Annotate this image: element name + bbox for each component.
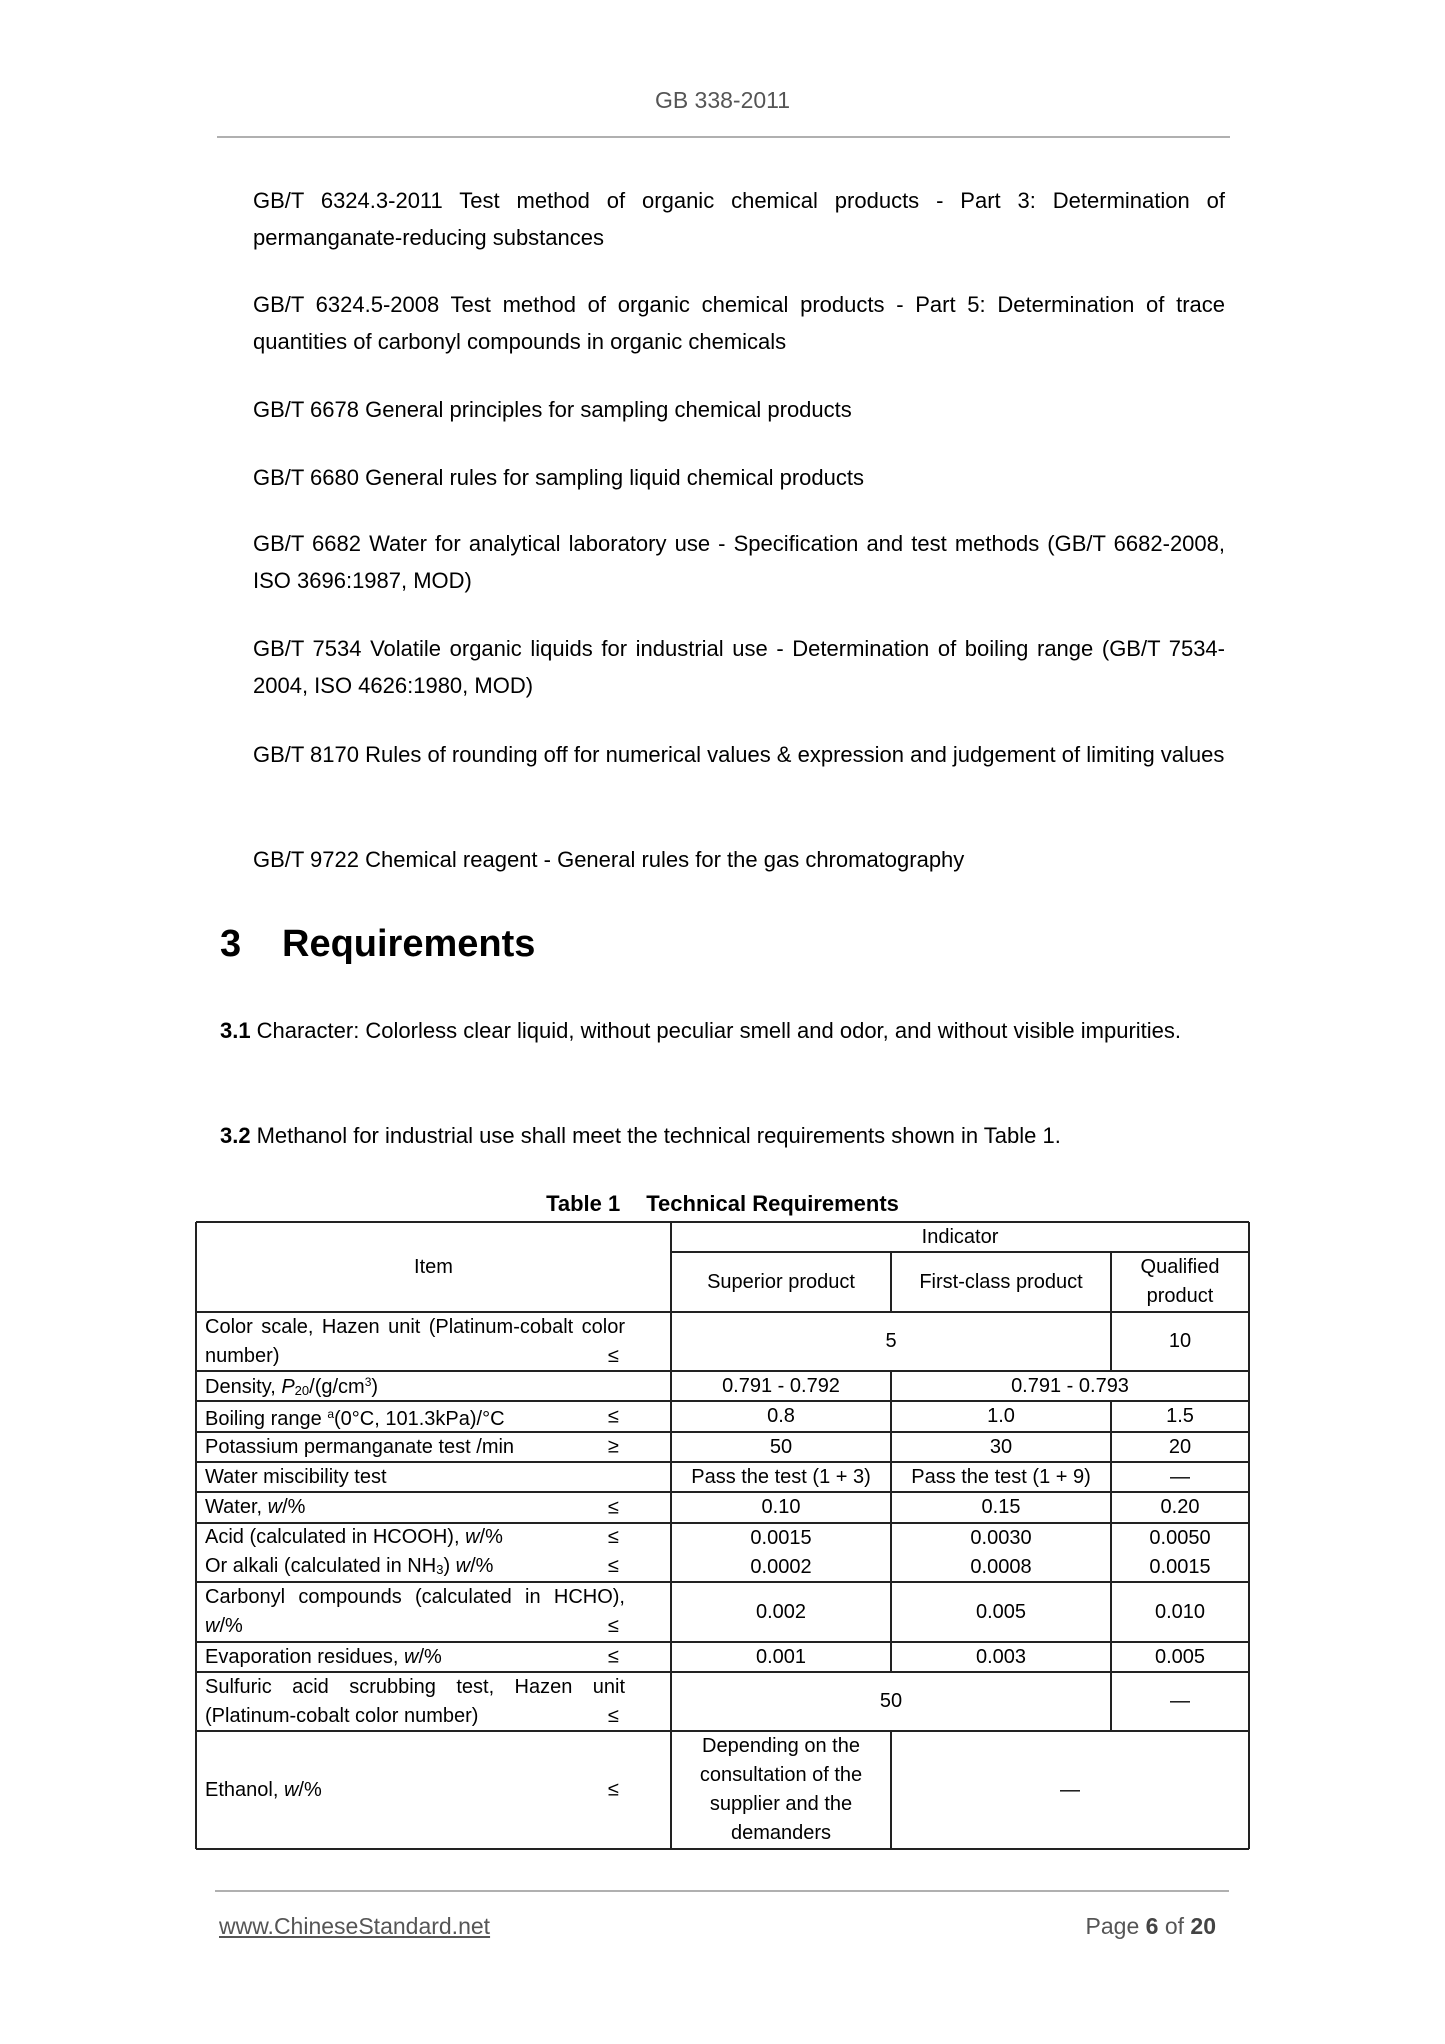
table-rule — [196, 1431, 1249, 1433]
table-number: Table 1 — [546, 1191, 620, 1216]
row-miscibility-first-class: Pass the test (1 + 9) — [891, 1462, 1111, 1492]
row-kmno4-first-class: 30 — [891, 1432, 1111, 1462]
table-rule — [196, 1522, 1249, 1524]
table-rule — [671, 1251, 1249, 1253]
row-density-item: Density, P20/(g/cm3) — [196, 1371, 671, 1401]
row-miscibility-item: Water miscibility test — [196, 1462, 671, 1492]
table-title: Technical Requirements — [646, 1191, 899, 1216]
row-evaporation-first-class: 0.003 — [891, 1642, 1111, 1672]
table-rule — [196, 1311, 1249, 1313]
clause-3-2: 3.2Methanol for industrial use shall mee… — [220, 1116, 1225, 1155]
relation-symbol: ≤ — [608, 1776, 619, 1805]
current-page: 6 — [1146, 1913, 1159, 1939]
relation-symbol: ≤ — [608, 1612, 619, 1641]
row-carbonyl-qualified: 0.010 — [1111, 1582, 1249, 1642]
page-indicator: Page 6 of 20 — [1000, 1912, 1216, 1940]
table-border — [196, 1221, 1249, 1223]
reference-item: GB/T 6678 General principles for samplin… — [253, 391, 1225, 428]
table-rule — [890, 1252, 892, 1312]
table-rule — [196, 1491, 1249, 1493]
clause-text: Methanol for industrial use shall meet t… — [257, 1123, 1061, 1148]
table-rule — [670, 1222, 672, 1849]
running-header: GB 338-2011 — [0, 86, 1445, 114]
section-title: Requirements — [282, 923, 535, 965]
row-acid-alkali-qualified: 0.00500.0015 — [1111, 1523, 1249, 1582]
reference-item: GB/T 6680 General rules for sampling liq… — [253, 459, 1225, 496]
row-density-superior: 0.791 - 0.792 — [671, 1371, 891, 1401]
row-water-item: Water, w/% ≤ — [196, 1492, 671, 1523]
row-carbonyl-superior: 0.002 — [671, 1582, 891, 1642]
reference-item: GB/T 6324.5-2008 Test method of organic … — [253, 286, 1225, 360]
row-sulfuric-qualified: — — [1111, 1672, 1249, 1731]
row-ethanol-superior: Depending on the consultation of the sup… — [671, 1731, 891, 1849]
row-density-first-qualified: 0.791 - 0.793 — [891, 1371, 1249, 1401]
row-sulfuric-item: Sulfuric acid scrubbing test, Hazen unit… — [196, 1672, 671, 1731]
table-rule — [196, 1730, 1249, 1732]
row-water-first-class: 0.15 — [891, 1492, 1111, 1523]
table-rule — [196, 1400, 1249, 1402]
row-acid-alkali-superior: 0.00150.0002 — [671, 1523, 891, 1582]
total-pages: 20 — [1190, 1913, 1216, 1939]
row-water-superior: 0.10 — [671, 1492, 891, 1523]
row-color-qualified: 10 — [1111, 1312, 1249, 1371]
row-sulfuric-superior-first: 50 — [671, 1672, 1111, 1731]
row-color-item: Color scale, Hazen unit (Platinum-cobalt… — [196, 1312, 671, 1371]
row-kmno4-item: Potassium permanganate test /min ≥ — [196, 1432, 671, 1462]
relation-symbol: ≤ — [608, 1643, 619, 1672]
clause-number: 3.2 — [220, 1123, 251, 1148]
footer-divider — [215, 1890, 1229, 1892]
row-evaporation-superior: 0.001 — [671, 1642, 891, 1672]
relation-symbol: ≤ — [608, 1402, 619, 1431]
row-kmno4-qualified: 20 — [1111, 1432, 1249, 1462]
table-caption: Table 1Technical Requirements — [196, 1190, 1249, 1218]
row-boiling-item: Boiling range a(0°C, 101.3kPa)/°C ≤ — [196, 1401, 671, 1432]
table-rule — [890, 1371, 892, 1672]
relation-symbol: ≤ — [608, 1552, 619, 1581]
row-color-superior-first: 5 — [671, 1312, 1111, 1371]
row-boiling-first-class: 1.0 — [891, 1401, 1111, 1432]
table-rule — [1110, 1401, 1112, 1731]
reference-item: GB/T 8170 Rules of rounding off for nume… — [253, 736, 1225, 773]
row-acid-alkali-item: Acid (calculated in HCOOH), w/% ≤ Or alk… — [196, 1523, 671, 1582]
row-kmno4-superior: 50 — [671, 1432, 891, 1462]
reference-item: GB/T 7534 Volatile organic liquids for i… — [253, 630, 1225, 704]
table-border — [1248, 1222, 1250, 1849]
reference-item: GB/T 9722 Chemical reagent - General rul… — [253, 841, 1225, 878]
row-miscibility-qualified: — — [1111, 1462, 1249, 1492]
table-rule — [196, 1461, 1249, 1463]
row-ethanol-item: Ethanol, w/% ≤ — [196, 1731, 671, 1849]
table-rule — [196, 1370, 1249, 1372]
reference-item: GB/T 6324.3-2011 Test method of organic … — [253, 182, 1225, 256]
row-water-qualified: 0.20 — [1111, 1492, 1249, 1523]
section-heading: 3Requirements — [220, 922, 535, 966]
row-acid-alkali-first-class: 0.00300.0008 — [891, 1523, 1111, 1582]
header-first-class: First-class product — [891, 1252, 1111, 1312]
table-rule — [196, 1641, 1249, 1643]
row-evaporation-item: Evaporation residues, w/% ≤ — [196, 1642, 671, 1672]
relation-symbol: ≤ — [608, 1523, 619, 1552]
table-rule — [1110, 1252, 1112, 1371]
table-border — [196, 1848, 1249, 1850]
clause-3-1: 3.1Character: Colorless clear liquid, wi… — [220, 1011, 1225, 1050]
website-link[interactable]: www.ChineseStandard.net — [219, 1912, 490, 1940]
clause-text: Character: Colorless clear liquid, witho… — [257, 1018, 1181, 1043]
relation-symbol: ≥ — [608, 1433, 619, 1462]
row-carbonyl-first-class: 0.005 — [891, 1582, 1111, 1642]
table-rule — [890, 1731, 892, 1849]
row-boiling-superior: 0.8 — [671, 1401, 891, 1432]
header-divider — [217, 136, 1230, 138]
header-qualified: Qualified product — [1111, 1252, 1249, 1312]
row-carbonyl-item: Carbonyl compounds (calculated in HCHO),… — [196, 1582, 671, 1642]
table-rule — [196, 1671, 1249, 1673]
row-miscibility-superior: Pass the test (1 + 3) — [671, 1462, 891, 1492]
table-border — [195, 1222, 197, 1849]
relation-symbol: ≤ — [608, 1702, 619, 1731]
technical-requirements-table: Item Indicator Superior product First-cl… — [196, 1222, 1249, 1849]
relation-symbol: ≤ — [608, 1493, 619, 1522]
table-rule — [196, 1581, 1249, 1583]
reference-item: GB/T 6682 Water for analytical laborator… — [253, 525, 1225, 599]
header-item: Item — [196, 1222, 671, 1312]
row-boiling-qualified: 1.5 — [1111, 1401, 1249, 1432]
clause-number: 3.1 — [220, 1018, 251, 1043]
header-superior: Superior product — [671, 1252, 891, 1312]
header-indicator: Indicator — [671, 1222, 1249, 1252]
section-number: 3 — [220, 922, 282, 966]
row-evaporation-qualified: 0.005 — [1111, 1642, 1249, 1672]
row-ethanol-first-qualified: — — [891, 1731, 1249, 1849]
